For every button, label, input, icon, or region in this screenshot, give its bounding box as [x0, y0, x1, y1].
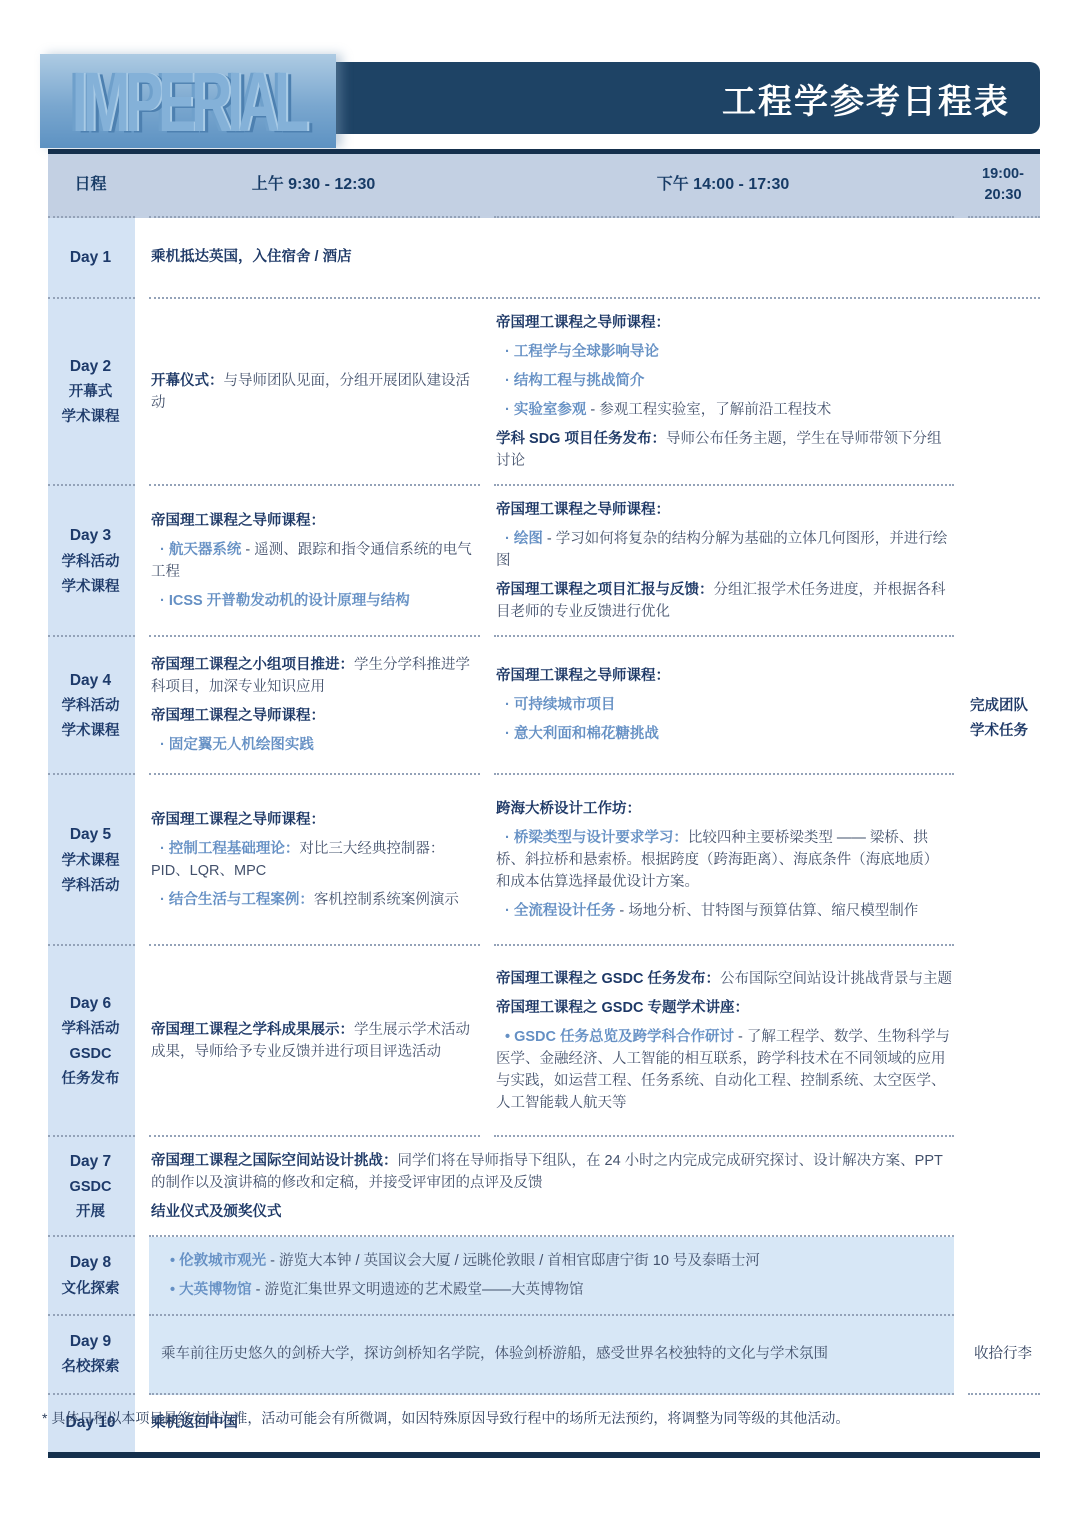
col-header-evening: 19:00- 20:30	[968, 154, 1040, 218]
schedule-cell: 帝国理工课程之导师课程：· 绘图 - 学习如何将复杂的结构分解为基础的立体几何图…	[494, 486, 954, 637]
text-segment: · ICSS 开普勒发动机的设计原理与结构	[160, 593, 410, 609]
day-sublabel: GSDC	[70, 1176, 112, 1198]
text-segment: · 结合生活与工程案例：	[160, 892, 314, 908]
evening-note: 完成团队 学术任务	[970, 694, 1038, 745]
schedule-cell: 帝国理工课程之导师课程：· 可持续城市项目· 意大利面和棉花糖挑战	[494, 637, 954, 775]
schedule-text: 帝国理工课程之导师课程：	[496, 665, 952, 687]
schedule-cell: 乘车前往历史悠久的剑桥大学，探访剑桥知名学院，体验剑桥游船，感受世界名校独特的文…	[149, 1316, 954, 1395]
schedule-cell: 帝国理工课程之国际空间站设计挑战：同学们将在导师指导下组队，在 24 小时之内完…	[149, 1137, 954, 1237]
schedule-text: · 结构工程与挑战简介	[496, 370, 952, 392]
day-label: Day 2	[70, 355, 111, 379]
text-segment: • GSDC 任务总览及跨学科合作研讨	[505, 1029, 734, 1045]
day-label: Day 3	[70, 524, 111, 548]
day-label: Day 5	[70, 823, 111, 847]
text-segment: - 游览大本钟 / 英国议会大厦 / 远眺伦敦眼 / 首相官邸唐宁街 10 号及…	[266, 1253, 760, 1269]
day-sublabel: 学科活动	[62, 1018, 120, 1040]
schedule-text: · 控制工程基础理论：对比三大经典控制器：PID、LQR、MPC	[151, 838, 478, 882]
text-segment: 学科 SDG 项目任务发布：	[496, 431, 666, 447]
schedule-cell: 帝国理工课程之导师课程：· 控制工程基础理论：对比三大经典控制器：PID、LQR…	[149, 775, 480, 946]
day-sublabel: 学术课程	[62, 720, 120, 742]
schedule-text: · 意大利面和棉花糖挑战	[496, 723, 952, 745]
schedule-text: 乘机抵达英国，入住宿舍 / 酒店	[151, 246, 1038, 268]
text-segment: 结业仪式及颁奖仪式	[151, 1204, 282, 1220]
schedule-text: · 全流程设计任务 - 场地分析、甘特图与预算估算、缩尺模型制作	[496, 900, 952, 922]
schedule-text: 帝国理工课程之导师课程：	[496, 312, 952, 334]
schedule-text: 结业仪式及颁奖仪式	[151, 1201, 952, 1223]
day-cell: Day 5学术课程学科活动	[48, 775, 135, 946]
schedule-text: · 结合生活与工程案例：客机控制系统案例演示	[151, 889, 478, 911]
schedule-text: 帝国理工课程之导师课程：	[151, 510, 478, 532]
schedule-text: 帝国理工课程之 GSDC 任务发布：公布国际空间站设计挑战背景与主题	[496, 968, 952, 990]
text-segment: 帝国理工课程之导师课程：	[496, 315, 670, 331]
day-label: Day 9	[70, 1330, 111, 1354]
schedule-cell: 帝国理工课程之导师课程：· 航天器系统 - 遥测、跟踪和指令通信系统的电气工程·…	[149, 486, 480, 637]
col-header-morning: 上午 9:30 - 12:30	[149, 154, 480, 218]
day-sublabel: 学术课程	[62, 850, 120, 872]
schedule-text: · 可持续城市项目	[496, 694, 952, 716]
text-segment: 帝国理工课程之导师课程：	[496, 668, 670, 684]
schedule-cell: 乘机抵达英国，入住宿舍 / 酒店	[149, 218, 1040, 299]
text-segment: · 航天器系统	[160, 542, 241, 558]
schedule-text: · 桥梁类型与设计要求学习：比较四种主要桥梁类型 —— 梁桥、拱桥、斜拉桥和悬索…	[496, 827, 952, 893]
day-sublabel: 开幕式	[69, 381, 113, 403]
schedule-cell: 跨海大桥设计工作坊：· 桥梁类型与设计要求学习：比较四种主要桥梁类型 —— 梁桥…	[494, 775, 954, 946]
schedule-cell: 帝国理工课程之学科成果展示：学生展示学术活动成果，导师给予专业反馈并进行项目评选…	[149, 946, 480, 1137]
text-segment: 跨海大桥设计工作坊：	[496, 801, 641, 817]
text-segment: 乘车前往历史悠久的剑桥大学，探访剑桥知名学院，体验剑桥游船，感受世界名校独特的文…	[161, 1346, 828, 1362]
imperial-logo: IMPERIAL	[40, 54, 336, 148]
text-segment: - 游览汇集世界文明遗迹的艺术殿堂——大英博物馆	[252, 1282, 584, 1298]
day-sublabel: 学科活动	[62, 695, 120, 717]
evening-note-line: 学术任务	[970, 719, 1038, 744]
day-sublabel: 文化探索	[62, 1278, 120, 1300]
schedule-text: 学科 SDG 项目任务发布：导师公布任务主题，学生在导师带领下分组讨论	[496, 428, 952, 472]
schedule-page: 工程学参考日程表 IMPERIAL 完成团队 学术任务 日程 上午 9:30 -…	[0, 0, 1080, 1527]
text-segment: · 意大利面和棉花糖挑战	[505, 726, 659, 742]
day-cell: Day 1	[48, 218, 135, 299]
text-segment: 帝国理工课程之导师课程：	[151, 513, 325, 529]
text-segment: 开幕仪式：	[151, 373, 224, 389]
day-cell: Day 3学科活动学术课程	[48, 486, 135, 637]
text-segment: · 可持续城市项目	[505, 697, 615, 713]
col-header-day: 日程	[48, 154, 135, 218]
table-row: Day 3学科活动学术课程帝国理工课程之导师课程：· 航天器系统 - 遥测、跟踪…	[48, 486, 1040, 637]
table-row: Day 8文化探索• 伦敦城市观光 - 游览大本钟 / 英国议会大厦 / 远眺伦…	[48, 1237, 1040, 1315]
schedule-text: • 伦敦城市观光 - 游览大本钟 / 英国议会大厦 / 远眺伦敦眼 / 首相官邸…	[161, 1250, 952, 1272]
schedule-cell: 帝国理工课程之 GSDC 任务发布：公布国际空间站设计挑战背景与主题帝国理工课程…	[494, 946, 954, 1137]
text-segment: · 桥梁类型与设计要求学习：	[505, 830, 688, 846]
table-header-row: 日程 上午 9:30 - 12:30 下午 14:00 - 17:30 19:0…	[48, 154, 1040, 218]
schedule-cell: 帝国理工课程之导师课程：· 工程学与全球影响导论· 结构工程与挑战简介· 实验室…	[494, 299, 954, 486]
evening-time-line: 20:30	[984, 185, 1021, 206]
day-cell: Day 2开幕式学术课程	[48, 299, 135, 486]
text-segment: 帝国理工课程之小组项目推进：	[151, 657, 354, 673]
text-segment: · 结构工程与挑战简介	[505, 373, 644, 389]
schedule-text: 帝国理工课程之小组项目推进：学生分学科推进学科项目，加深专业知识应用	[151, 654, 478, 698]
evening-note-line: 完成团队	[970, 694, 1038, 719]
table-row: Day 5学术课程学科活动帝国理工课程之导师课程：· 控制工程基础理论：对比三大…	[48, 775, 1040, 946]
schedule-text: • 大英博物馆 - 游览汇集世界文明遗迹的艺术殿堂——大英博物馆	[161, 1279, 952, 1301]
text-segment: 帝国理工课程之 GSDC 专题学术讲座：	[496, 1000, 749, 1016]
text-segment: · 绘图	[505, 531, 543, 547]
schedule-text: 帝国理工课程之导师课程：	[151, 809, 478, 831]
schedule-text: 跨海大桥设计工作坊：	[496, 798, 952, 820]
day-cell: Day 4学科活动学术课程	[48, 637, 135, 775]
day-sublabel: 学术课程	[62, 406, 120, 428]
text-segment: · 控制工程基础理论：	[160, 841, 299, 857]
day-label: Day 8	[70, 1251, 111, 1275]
text-segment: 帝国理工课程之学科成果展示：	[151, 1022, 354, 1038]
schedule-text: 帝国理工课程之导师课程：	[496, 499, 952, 521]
schedule-cell: • 伦敦城市观光 - 游览大本钟 / 英国议会大厦 / 远眺伦敦眼 / 首相官邸…	[149, 1237, 954, 1315]
text-segment: 公布国际空间站设计挑战背景与主题	[720, 971, 952, 987]
table-row: Day 6学科活动GSDC任务发布帝国理工课程之学科成果展示：学生展示学术活动成…	[48, 946, 1040, 1137]
schedule-table: 完成团队 学术任务 日程 上午 9:30 - 12:30 下午 14:00 - …	[48, 149, 1040, 1458]
text-segment: 帝国理工课程之国际空间站设计挑战：	[151, 1153, 398, 1169]
schedule-cell: 开幕仪式：与导师团队见面，分组开展团队建设活动	[149, 299, 480, 486]
day-cell: Day 9名校探索	[48, 1316, 135, 1395]
text-segment: • 伦敦城市观光	[170, 1253, 266, 1269]
day-cell: Day 6学科活动GSDC任务发布	[48, 946, 135, 1137]
text-segment: - 参观工程实验室，了解前沿工程技术	[586, 402, 831, 418]
schedule-text: 帝国理工课程之学科成果展示：学生展示学术活动成果，导师给予专业反馈并进行项目评选…	[151, 1019, 478, 1063]
day-sublabel: 开展	[76, 1201, 105, 1223]
schedule-text: 帝国理工课程之国际空间站设计挑战：同学们将在导师指导下组队，在 24 小时之内完…	[151, 1150, 952, 1194]
table-row: Day 4学科活动学术课程帝国理工课程之小组项目推进：学生分学科推进学科项目，加…	[48, 637, 1040, 775]
schedule-text: · 绘图 - 学习如何将复杂的结构分解为基础的立体几何图形，并进行绘图	[496, 528, 952, 572]
text-segment: 客机控制系统案例演示	[314, 892, 459, 908]
text-segment: 帝国理工课程之导师课程：	[151, 812, 325, 828]
day-sublabel: 名校探索	[62, 1356, 120, 1378]
day-cell: Day 7GSDC开展	[48, 1137, 135, 1237]
schedule-text: 开幕仪式：与导师团队见面，分组开展团队建设活动	[151, 370, 478, 414]
table-row: Day 7GSDC开展帝国理工课程之国际空间站设计挑战：同学们将在导师指导下组队…	[48, 1137, 1040, 1237]
schedule-text: 乘车前往历史悠久的剑桥大学，探访剑桥知名学院，体验剑桥游船，感受世界名校独特的文…	[161, 1343, 952, 1365]
schedule-text: · ICSS 开普勒发动机的设计原理与结构	[151, 590, 478, 612]
day-sublabel: 任务发布	[62, 1068, 120, 1090]
day-sublabel: 学科活动	[62, 551, 120, 573]
evening-time-line: 19:00-	[982, 164, 1024, 185]
imperial-logo-text: IMPERIAL	[72, 54, 304, 148]
day-sublabel: 学科活动	[62, 875, 120, 897]
footnote: * 具体日程以本项目最终安排为准，活动可能会有所微调，如因特殊原因导致行程中的场…	[42, 1408, 1040, 1429]
day-label: Day 7	[70, 1150, 111, 1174]
schedule-text: · 航天器系统 - 遥测、跟踪和指令通信系统的电气工程	[151, 539, 478, 583]
day-label: Day 1	[70, 246, 111, 270]
evening-cell: 收拾行李	[968, 1316, 1040, 1395]
schedule-text: · 实验室参观 - 参观工程实验室，了解前沿工程技术	[496, 399, 952, 421]
page-header: 工程学参考日程表 IMPERIAL	[40, 54, 1040, 148]
text-segment: • 大英博物馆	[170, 1282, 252, 1298]
table-row: Day 2开幕式学术课程开幕仪式：与导师团队见面，分组开展团队建设活动帝国理工课…	[48, 299, 1040, 486]
text-segment: - 场地分析、甘特图与预算估算、缩尺模型制作	[615, 903, 918, 919]
day-label: Day 6	[70, 992, 111, 1016]
title-bar: 工程学参考日程表	[328, 62, 1040, 134]
text-segment: · 实验室参观	[505, 402, 586, 418]
schedule-text: 帝国理工课程之导师课程：	[151, 705, 478, 727]
schedule-text: 帝国理工课程之 GSDC 专题学术讲座：	[496, 997, 952, 1019]
schedule-cell: 帝国理工课程之小组项目推进：学生分学科推进学科项目，加深专业知识应用帝国理工课程…	[149, 637, 480, 775]
day-sublabel: 学术课程	[62, 576, 120, 598]
text-segment: · 全流程设计任务	[505, 903, 615, 919]
table-row: Day 9名校探索乘车前往历史悠久的剑桥大学，探访剑桥知名学院，体验剑桥游船，感…	[48, 1316, 1040, 1395]
text-segment: · 固定翼无人机绘图实践	[160, 737, 314, 753]
day-cell: Day 8文化探索	[48, 1237, 135, 1315]
schedule-text: · 工程学与全球影响导论	[496, 341, 952, 363]
text-segment: · 工程学与全球影响导论	[505, 344, 659, 360]
day-sublabel: GSDC	[70, 1043, 112, 1065]
text-segment: - 学习如何将复杂的结构分解为基础的立体几何图形，并进行绘图	[496, 531, 947, 569]
schedule-text: · 固定翼无人机绘图实践	[151, 734, 478, 756]
table-row: Day 1乘机抵达英国，入住宿舍 / 酒店	[48, 218, 1040, 299]
schedule-text: • GSDC 任务总览及跨学科合作研讨 - 了解工程学、数学、生物科学与医学、金…	[496, 1026, 952, 1114]
text-segment: 乘机抵达英国，入住宿舍 / 酒店	[151, 249, 352, 265]
col-header-afternoon: 下午 14:00 - 17:30	[494, 154, 954, 218]
text-segment: 帝国理工课程之导师课程：	[151, 708, 325, 724]
schedule-text: 帝国理工课程之项目汇报与反馈：分组汇报学术任务进度，并根据各科目老师的专业反馈进…	[496, 579, 952, 623]
text-segment: 帝国理工课程之 GSDC 任务发布：	[496, 971, 720, 987]
text-segment: 帝国理工课程之项目汇报与反馈：	[496, 582, 714, 598]
page-title: 工程学参考日程表	[722, 74, 1010, 123]
day-label: Day 4	[70, 669, 111, 693]
text-segment: 帝国理工课程之导师课程：	[496, 502, 670, 518]
